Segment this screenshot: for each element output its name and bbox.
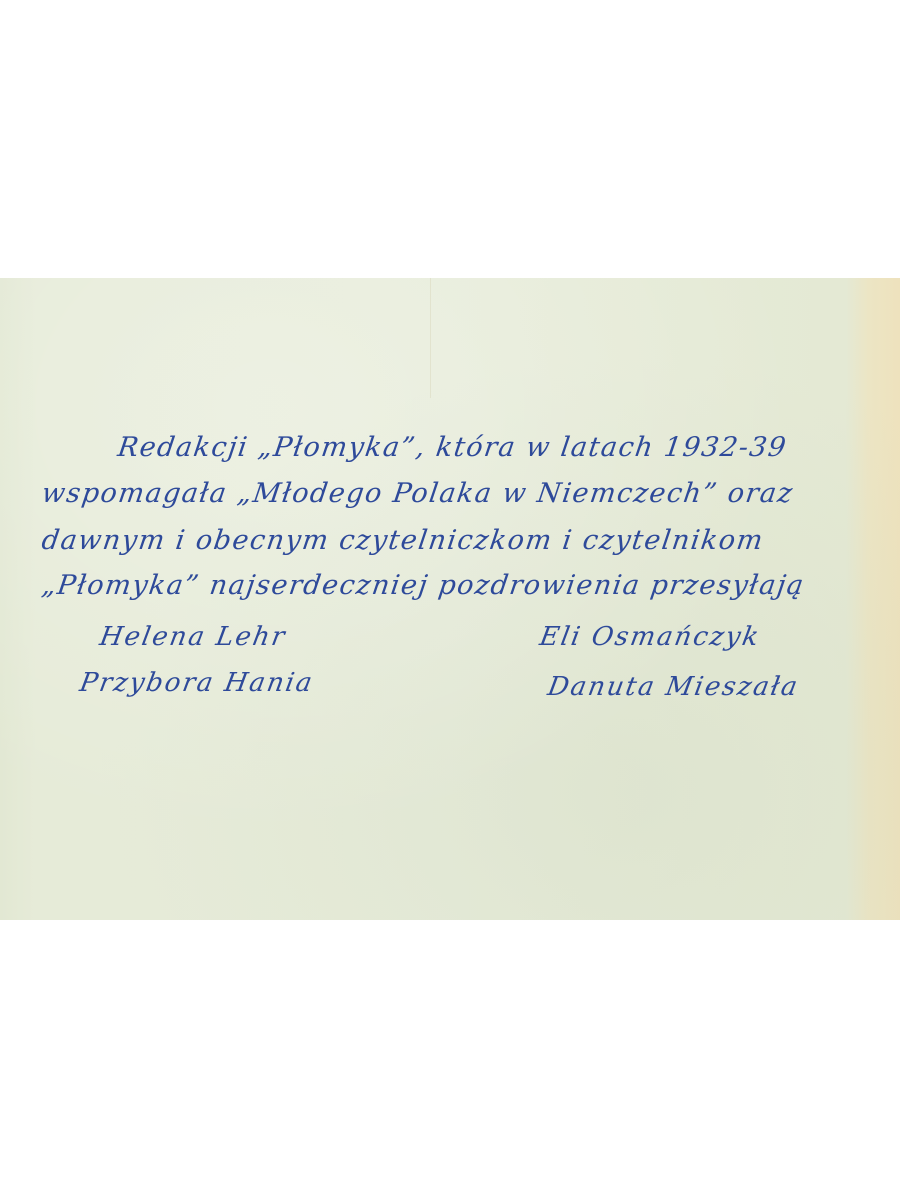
letter-line-2: wspomagała „Młodego Polaka w Niemczech” … <box>40 478 796 509</box>
signature-right-1: Eli Osmańczyk <box>537 622 762 652</box>
letter-line-4: „Płomyka” najserdeczniej pozdrowienia pr… <box>40 570 807 601</box>
signature-left-2: Przybora Hania <box>77 668 316 698</box>
signature-left-1: Helena Lehr <box>97 622 288 652</box>
letter-line-1: Redakcji „Płomyka”, która w latach 1932-… <box>116 432 789 463</box>
letter-line-3: dawnym i obecnym czytelniczkom i czyteln… <box>40 525 766 556</box>
signature-right-2: Danuta Mieszała <box>545 672 801 702</box>
